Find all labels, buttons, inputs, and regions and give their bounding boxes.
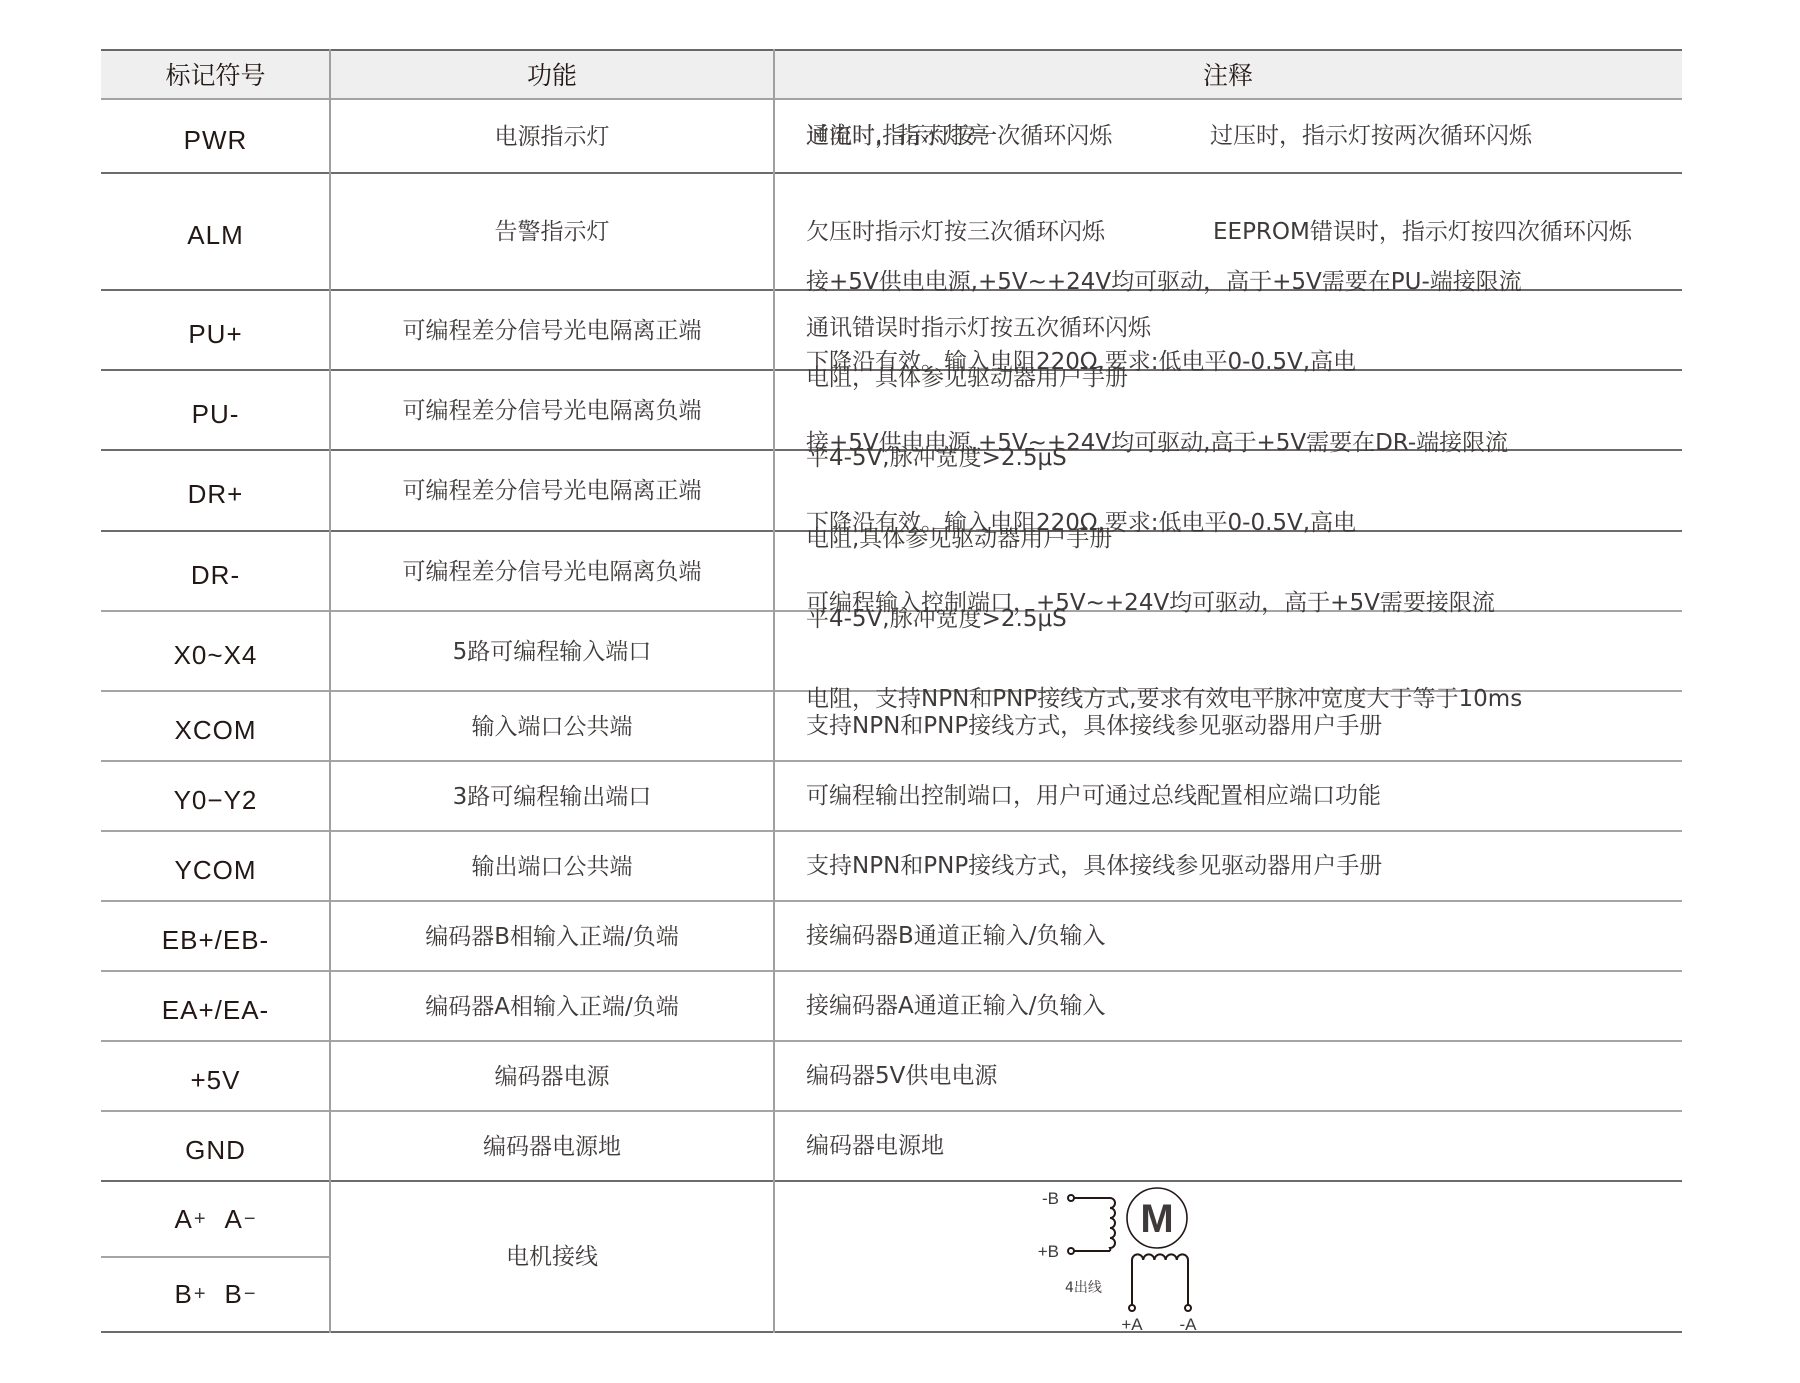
symbol-cell: DR+ [101, 451, 330, 530]
table-row-motor: A+ A− B+ B− 电机接线 [101, 1182, 1682, 1333]
header-symbol: 标记符号 [101, 51, 330, 100]
symbol-cell: PU+ [101, 291, 330, 369]
function-cell: 电机接线 [330, 1182, 774, 1331]
note-cell: 可编程输出控制端口，用户可通过总线配置相应端口功能 [774, 762, 1682, 830]
function-cell: 5路可编程输入端口 [330, 612, 774, 690]
note-line: 过流时,指示灯按一次循环闪烁 过压时，指示灯按两次循环闪烁 [806, 120, 1632, 152]
function-cell: 可编程差分信号光电隔离正端 [330, 451, 774, 530]
function-cell: 编码器A相输入正端/负端 [330, 972, 774, 1040]
note-cell: 编码器电源地 [774, 1112, 1682, 1180]
function-cell: 电源指示灯 [330, 100, 774, 172]
terminal-minus-b-label: -B [1042, 1189, 1059, 1208]
symbol-cell: ALM [101, 174, 330, 289]
symbol-cell: XCOM [101, 692, 330, 760]
function-cell: 编码器电源 [330, 1042, 774, 1110]
motor-wiring-diagram: M -B +B +A -A 4出线 [774, 1182, 1682, 1333]
table-row: XCOM 输入端口公共端 支持NPN和PNP接线方式，具体接线参见驱动器用户手册 [101, 692, 1682, 762]
symbol-cell-b: B+ B− [101, 1258, 330, 1331]
note-cell: 编码器5V供电电源 [774, 1042, 1682, 1110]
motor-label: M [1140, 1197, 1173, 1241]
function-cell: 输出端口公共端 [330, 832, 774, 900]
note-line: 编码器电源地 [806, 1130, 944, 1162]
function-cell: 输入端口公共端 [330, 692, 774, 760]
note-line: 可编程输入控制端口，+5V~+24V均可驱动，高于+5V需要接限流 [806, 587, 1522, 619]
symbol-cell: PU- [101, 371, 330, 449]
symbol-cell: +5V [101, 1042, 330, 1110]
terminal-plus-b-label: +B [1038, 1242, 1059, 1261]
note-cell: 接编码器A通道正输入/负输入 [774, 972, 1682, 1040]
table-row: X0~X4 5路可编程输入端口 可编程输入控制端口，+5V~+24V均可驱动，高… [101, 612, 1682, 692]
column-divider [773, 49, 775, 1333]
note-cell: 支持NPN和PNP接线方式，具体接线参见驱动器用户手册 [774, 692, 1682, 760]
function-cell: 3路可编程输出端口 [330, 762, 774, 830]
function-cell: 可编程差分信号光电隔离负端 [330, 371, 774, 449]
table-row: YCOM 输出端口公共端 支持NPN和PNP接线方式，具体接线参见驱动器用户手册 [101, 832, 1682, 902]
note-line: 接编码器B通道正输入/负输入 [806, 920, 1106, 952]
table-row: +5V 编码器电源 编码器5V供电电源 [101, 1042, 1682, 1112]
note-line: 可编程输出控制端口，用户可通过总线配置相应端口功能 [806, 780, 1381, 812]
function-cell: 可编程差分信号光电隔离正端 [330, 291, 774, 369]
motor-diagram-cell: M -B +B +A -A 4出线 [774, 1182, 1682, 1331]
symbol-cell: EA+/EA- [101, 972, 330, 1040]
symbol-cell: Y0−Y2 [101, 762, 330, 830]
note-line: 接编码器A通道正输入/负输入 [806, 990, 1105, 1022]
symbol-cell: PWR [101, 100, 330, 172]
symbol-cell-a: A+ A− [101, 1182, 330, 1258]
symbol-cell: EB+/EB- [101, 902, 330, 970]
wire-count-label: 4出线 [1065, 1279, 1102, 1296]
note-cell: 可编程输入控制端口，+5V~+24V均可驱动，高于+5V需要接限流 电阻，支持N… [774, 612, 1682, 690]
symbol-cell: DR- [101, 532, 330, 610]
terminal-minus-a-label: -A [1180, 1315, 1198, 1333]
note-line: 支持NPN和PNP接线方式，具体接线参见驱动器用户手册 [806, 710, 1382, 742]
note-line: 支持NPN和PNP接线方式，具体接线参见驱动器用户手册 [806, 850, 1382, 882]
note-cell: 支持NPN和PNP接线方式，具体接线参见驱动器用户手册 [774, 832, 1682, 900]
symbol-cell: X0~X4 [101, 612, 330, 690]
function-cell: 编码器B相输入正端/负端 [330, 902, 774, 970]
note-line: 编码器5V供电电源 [806, 1060, 997, 1092]
table-row: EA+/EA- 编码器A相输入正端/负端 接编码器A通道正输入/负输入 [101, 972, 1682, 1042]
function-cell: 告警指示灯 [330, 174, 774, 289]
symbol-cell: YCOM [101, 832, 330, 900]
table-row: GND 编码器电源地 编码器电源地 [101, 1112, 1682, 1182]
symbol-cell: GND [101, 1112, 330, 1180]
function-cell: 编码器电源地 [330, 1112, 774, 1180]
header-function: 功能 [330, 51, 774, 100]
function-cell: 可编程差分信号光电隔离负端 [330, 532, 774, 610]
table-row: Y0−Y2 3路可编程输出端口 可编程输出控制端口，用户可通过总线配置相应端口功… [101, 762, 1682, 832]
note-cell: 接编码器B通道正输入/负输入 [774, 902, 1682, 970]
terminal-plus-a-label: +A [1121, 1315, 1143, 1333]
table-row: EB+/EB- 编码器B相输入正端/负端 接编码器B通道正输入/负输入 [101, 902, 1682, 972]
column-divider [329, 49, 331, 1333]
